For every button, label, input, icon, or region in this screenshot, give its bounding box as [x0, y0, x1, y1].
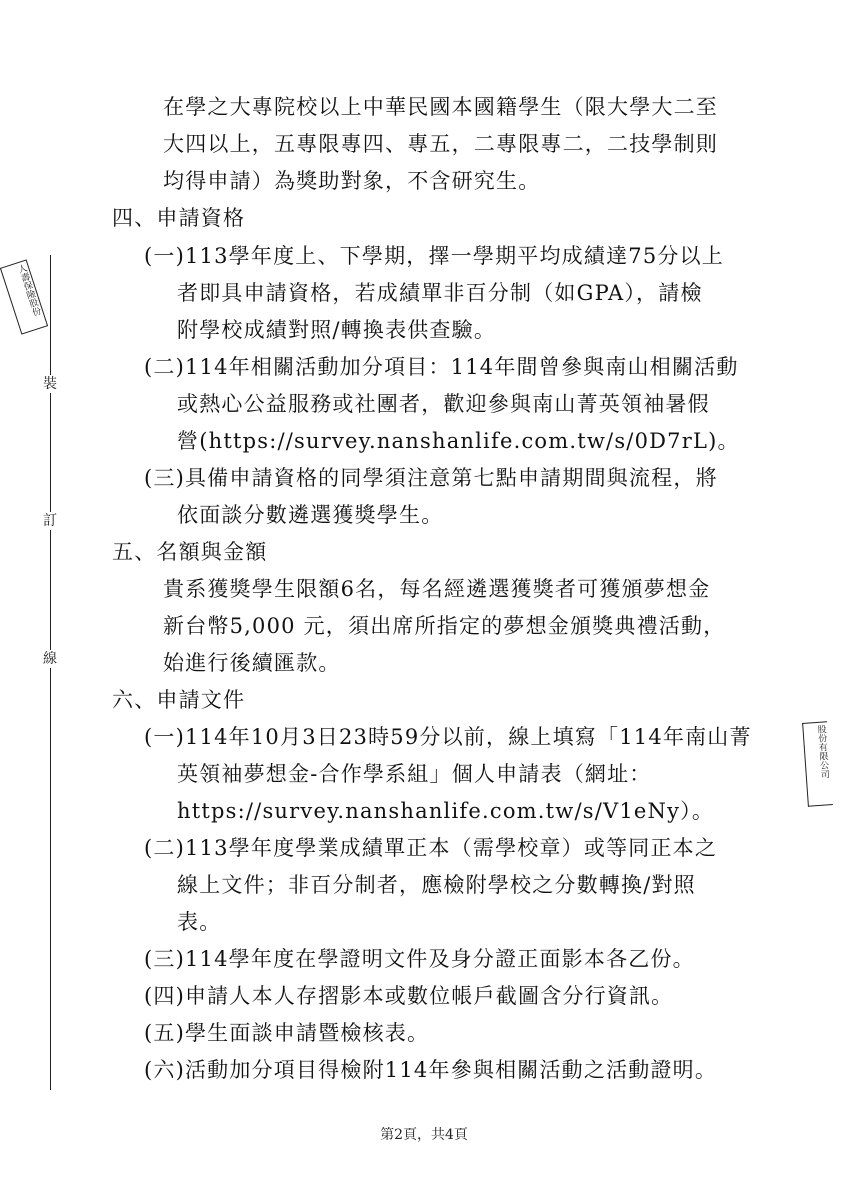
list-item-cont: 或熱心公益服務或社團者，歡迎參與南山菁英領袖暑假 [177, 389, 710, 419]
page-footer: 第2頁，共4頁 [0, 1124, 848, 1144]
binding-char-xian: 線 [40, 650, 60, 668]
body-line: 貴系獲獎學生限額6名，每名經遴選獲獎者可獲頒夢想金 [163, 574, 710, 604]
list-item-cont: 英領袖夢想金-合作學系組」個人申請表（網址： [177, 759, 652, 789]
list-item: (四)申請人本人存摺影本或數位帳戶截圖含分行資訊。 [144, 981, 673, 1011]
list-item-cont: 者即具申請資格，若成績單非百分制（如GPA），請檢 [177, 278, 703, 308]
list-item: (二)114年相關活動加分項目：114年間曾參與南山相關活動 [144, 352, 739, 382]
intro-line: 在學之大專院校以上中華民國本國籍學生（限大學大二至 [163, 92, 718, 122]
application-url-link[interactable]: https://survey.nanshanlife.com.tw/s/V1eN… [177, 796, 714, 826]
binding-char-zhuang: 裝 [40, 375, 60, 393]
list-item-cont: 表。 [177, 907, 221, 937]
list-item: (五)學生面談申請暨檢核表。 [144, 1018, 429, 1048]
camp-url-link[interactable]: 營(https://survey.nanshanlife.com.tw/s/0D… [177, 426, 740, 456]
section-heading-quota-amount: 五、名額與金額 [112, 537, 267, 567]
section-heading-eligibility: 四、申請資格 [112, 203, 245, 233]
list-item-cont: 依面談分數遴選獲獎學生。 [177, 500, 443, 530]
body-line: 新台幣5,000 元，須出席所指定的夢想金頒獎典禮活動， [163, 611, 725, 641]
list-item-cont: 線上文件；非百分制者，應檢附學校之分數轉換/對照 [177, 870, 696, 900]
list-item: (一)114年10月3日23時59分以前，線上填寫「114年南山菁 [144, 722, 752, 752]
section-heading-documents: 六、申請文件 [112, 685, 245, 715]
list-item: (二)113學年度學業成績單正本（需學校章）或等同正本之 [144, 833, 717, 863]
document-page: 裝 訂 線 人壽保險股份 股份有限公司 在學之大專院校以上中華民國本國籍學生（限… [0, 0, 848, 1200]
seal-stamp-left: 人壽保險股份 [0, 259, 48, 334]
list-item: (三)具備申請資格的同學須注意第七點申請期間與流程，將 [144, 463, 718, 493]
body-line: 始進行後續匯款。 [163, 648, 341, 678]
binding-char-ding: 訂 [40, 512, 60, 530]
intro-line: 大四以上，五專限專四、專五，二專限專二，二技學制則 [163, 129, 718, 159]
list-item: (六)活動加分項目得檢附114年參與相關活動之活動證明。 [144, 1055, 717, 1085]
list-item-cont: 附學校成績對照/轉換表供查驗。 [177, 315, 496, 345]
list-item: (一)113學年度上、下學期，擇一學期平均成績達75分以上 [144, 241, 724, 271]
intro-line: 均得申請）為獎助對象，不含研究生。 [163, 166, 540, 196]
list-item: (三)114學年度在學證明文件及身分證正面影本各乙份。 [144, 944, 695, 974]
seal-stamp-right: 股份有限公司 [802, 721, 833, 807]
